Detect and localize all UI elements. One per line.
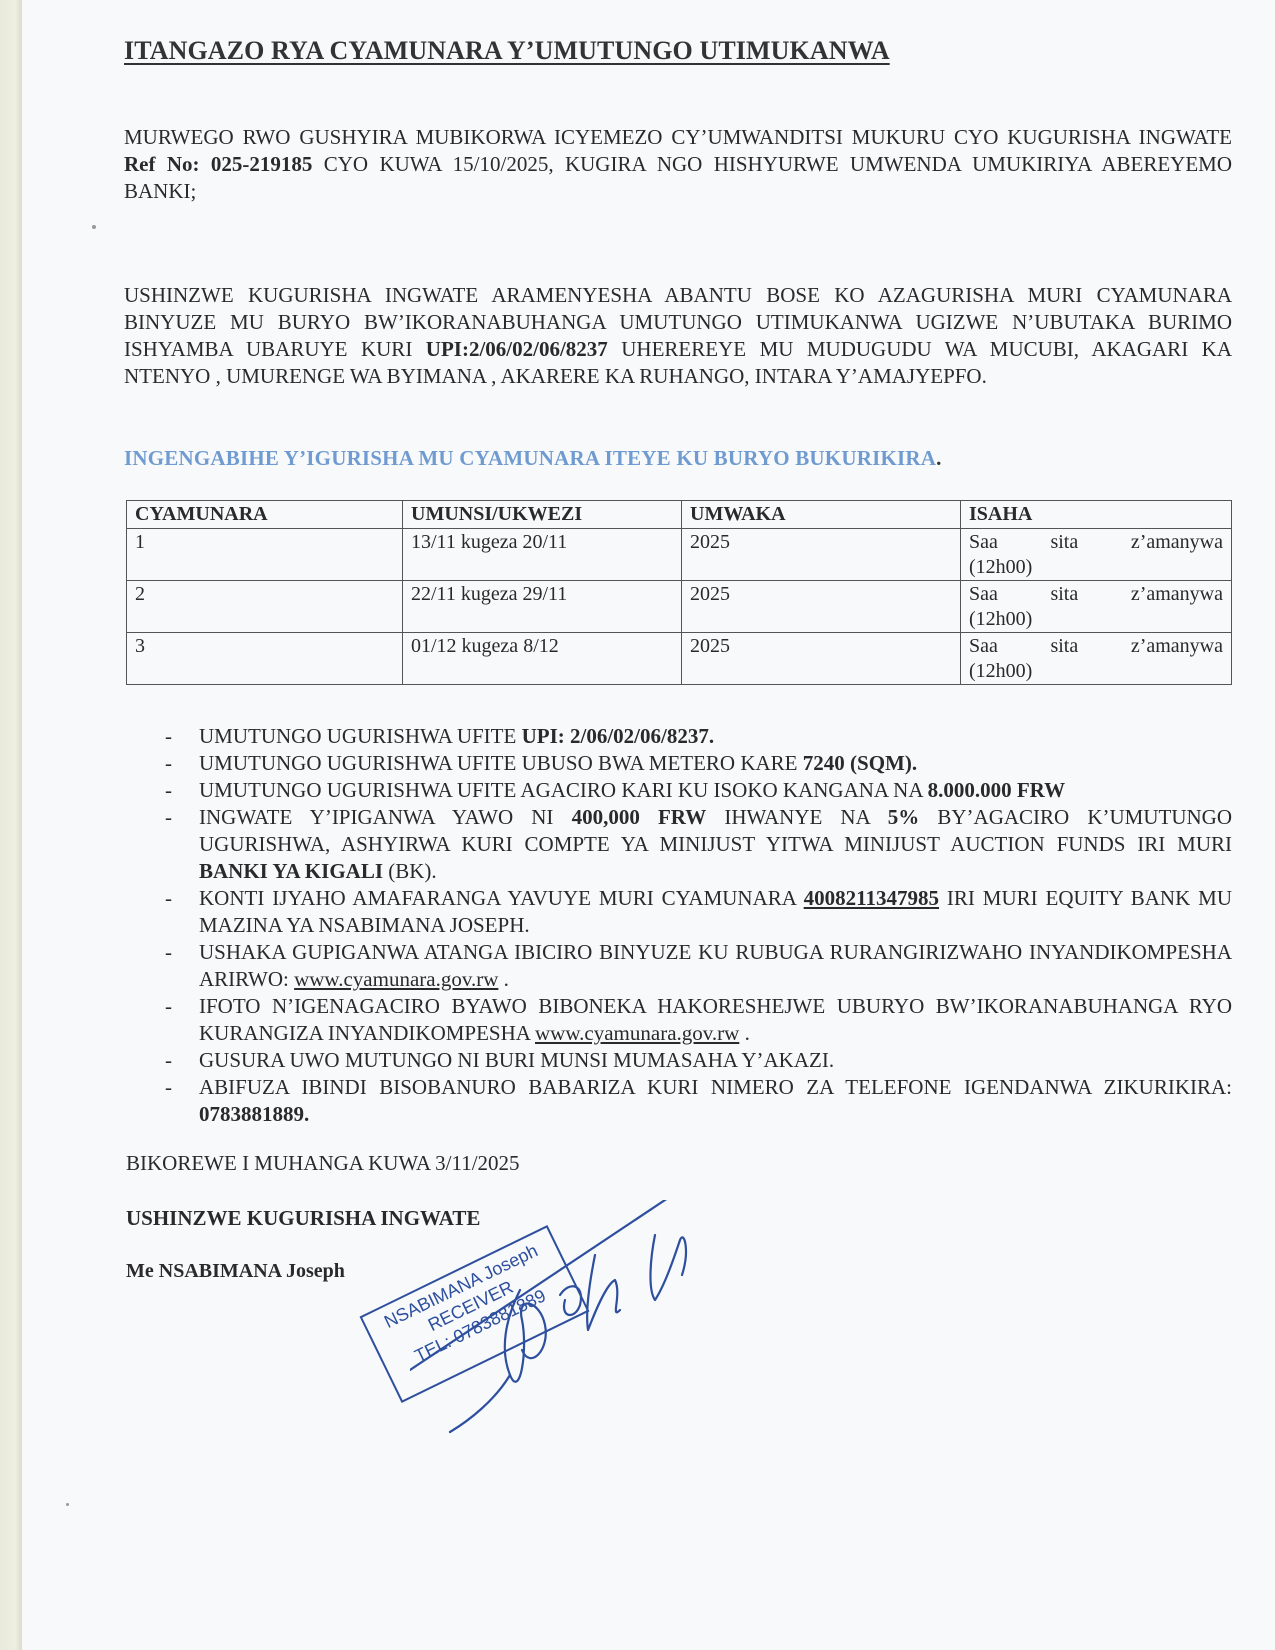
signature-icon [410,1200,770,1440]
time-word: sita [1050,530,1078,555]
time-word: sita [1050,634,1078,659]
fact-account: KONTI IJYAHO AMAFARANGA YAVUYE MURI CYAM… [124,885,1232,939]
header-year: UMWAKA [682,501,961,529]
fact-area: UMUTUNGO UGURISHWA UFITE UBUSO BWA METER… [124,750,1232,777]
time-word: sita [1050,582,1078,607]
fact-text: UMUTUNGO UGURISHWA UFITE [199,724,522,748]
fact-text: KONTI IJYAHO AMAFARANGA YAVUYE MURI CYAM… [199,886,804,910]
header-time: ISAHA [961,501,1232,529]
header-dates: UMUNSI/UKWEZI [403,501,682,529]
announcement-paragraph: USHINZWE KUGURISHA INGWATE ARAMENYESHA A… [124,282,1232,390]
cell-year: 2025 [682,633,961,685]
deposit-amount: 400,000 FRW [572,805,707,829]
fact-contact: ABIFUZA IBINDI BISOBANURO BABARIZA KURI … [124,1074,1232,1128]
cell-auction: 2 [127,581,403,633]
fact-text: (BK). [383,859,437,883]
cell-auction: 3 [127,633,403,685]
auction-schedule-table: CYAMUNARA UMUNSI/UKWEZI UMWAKA ISAHA 1 1… [126,500,1232,685]
fact-text: . [739,1021,750,1045]
cell-time: Saasitaz’amanywa (12h00) [961,581,1232,633]
fact-text: ABIFUZA IBINDI BISOBANURO BABARIZA KURI … [199,1075,1232,1099]
time-word: Saa [969,634,998,659]
time-word: z’amanywa [1131,582,1223,607]
fact-deposit: INGWATE Y’IPIGANWA YAWO NI 400,000 FRW I… [124,804,1232,885]
schedule-heading-text: INGENGABIHE Y’IGURISHA MU CYAMUNARA ITEY… [124,446,936,470]
cyamunara-website-link[interactable]: www.cyamunara.gov.rw [294,967,498,991]
cell-dates: 01/12 kugeza 8/12 [403,633,682,685]
fact-text: UMUTUNGO UGURISHWA UFITE AGACIRO KARI KU… [199,778,928,802]
table-row: 1 13/11 kugeza 20/11 2025 Saasitaz’amany… [127,529,1232,581]
account-number: 4008211347985 [804,886,939,910]
reference-number: Ref No: 025-219185 [124,152,312,176]
header-auction: CYAMUNARA [127,501,403,529]
time-clock: (12h00) [969,607,1223,632]
table-header-row: CYAMUNARA UMUNSI/UKWEZI UMWAKA ISAHA [127,501,1232,529]
fact-text: INGWATE Y’IPIGANWA YAWO NI [199,805,572,829]
time-word: Saa [969,530,998,555]
document-title: ITANGAZO RYA CYAMUNARA Y’UMUTUNGO UTIMUK… [124,36,890,66]
fact-visit: GUSURA UWO MUTUNGO NI BURI MUNSI MUMASAH… [124,1047,1232,1074]
cell-dates: 13/11 kugeza 20/11 [403,529,682,581]
place-and-date: BIKOREWE I MUHANGA KUWA 3/11/2025 [126,1151,520,1176]
cell-time: Saasitaz’amanywa (12h00) [961,633,1232,685]
bank-name: BANKI YA KIGALI [199,859,383,883]
schedule-heading: INGENGABIHE Y’IGURISHA MU CYAMUNARA ITEY… [124,446,942,471]
fact-value: UPI: 2/06/02/06/8237. [522,724,715,748]
time-word: Saa [969,582,998,607]
fact-value: 7240 (SQM). [803,751,917,775]
signatory-name: Me NSABIMANA Joseph [126,1260,345,1283]
cell-year: 2025 [682,529,961,581]
fact-upi: UMUTUNGO UGURISHWA UFITE UPI: 2/06/02/06… [124,723,1232,750]
table-row: 3 01/12 kugeza 8/12 2025 Saasitaz’amanyw… [127,633,1232,685]
fact-text: GUSURA UWO MUTUNGO NI BURI MUNSI MUMASAH… [199,1048,834,1072]
time-word: z’amanywa [1131,634,1223,659]
time-clock: (12h00) [969,659,1223,684]
property-upi: UPI:2/06/02/06/8237 [426,337,608,361]
fact-value: 8.000.000 FRW [928,778,1066,802]
time-clock: (12h00) [969,555,1223,580]
fact-bidding: USHAKA GUPIGANWA ATANGA IBICIRO BINYUZE … [124,939,1232,993]
cell-auction: 1 [127,529,403,581]
fact-market-value: UMUTUNGO UGURISHWA UFITE AGACIRO KARI KU… [124,777,1232,804]
fact-photos: IFOTO N’IGENAGACIRO BYAWO BIBONEKA HAKOR… [124,993,1232,1047]
intro-paragraph: MURWEGO RWO GUSHYIRA MUBIKORWA ICYEMEZO … [124,124,1232,205]
cell-time: Saasitaz’amanywa (12h00) [961,529,1232,581]
deposit-percent: 5% [888,805,920,829]
cyamunara-website-link[interactable]: www.cyamunara.gov.rw [535,1021,739,1045]
contact-phone: 0783881889. [199,1102,309,1126]
property-facts-list: UMUTUNGO UGURISHWA UFITE UPI: 2/06/02/06… [124,723,1232,1128]
fact-text: UMUTUNGO UGURISHWA UFITE UBUSO BWA METER… [199,751,803,775]
cell-dates: 22/11 kugeza 29/11 [403,581,682,633]
table-row: 2 22/11 kugeza 29/11 2025 Saasitaz’amany… [127,581,1232,633]
fact-text: . [498,967,509,991]
intro-text: MURWEGO RWO GUSHYIRA MUBIKORWA ICYEMEZO … [124,125,1232,149]
schedule-heading-period: . [936,446,941,470]
fact-text: IHWANYE NA [706,805,888,829]
time-word: z’amanywa [1131,530,1223,555]
document-page: ITANGAZO RYA CYAMUNARA Y’UMUTUNGO UTIMUK… [0,0,1275,1650]
cell-year: 2025 [682,581,961,633]
